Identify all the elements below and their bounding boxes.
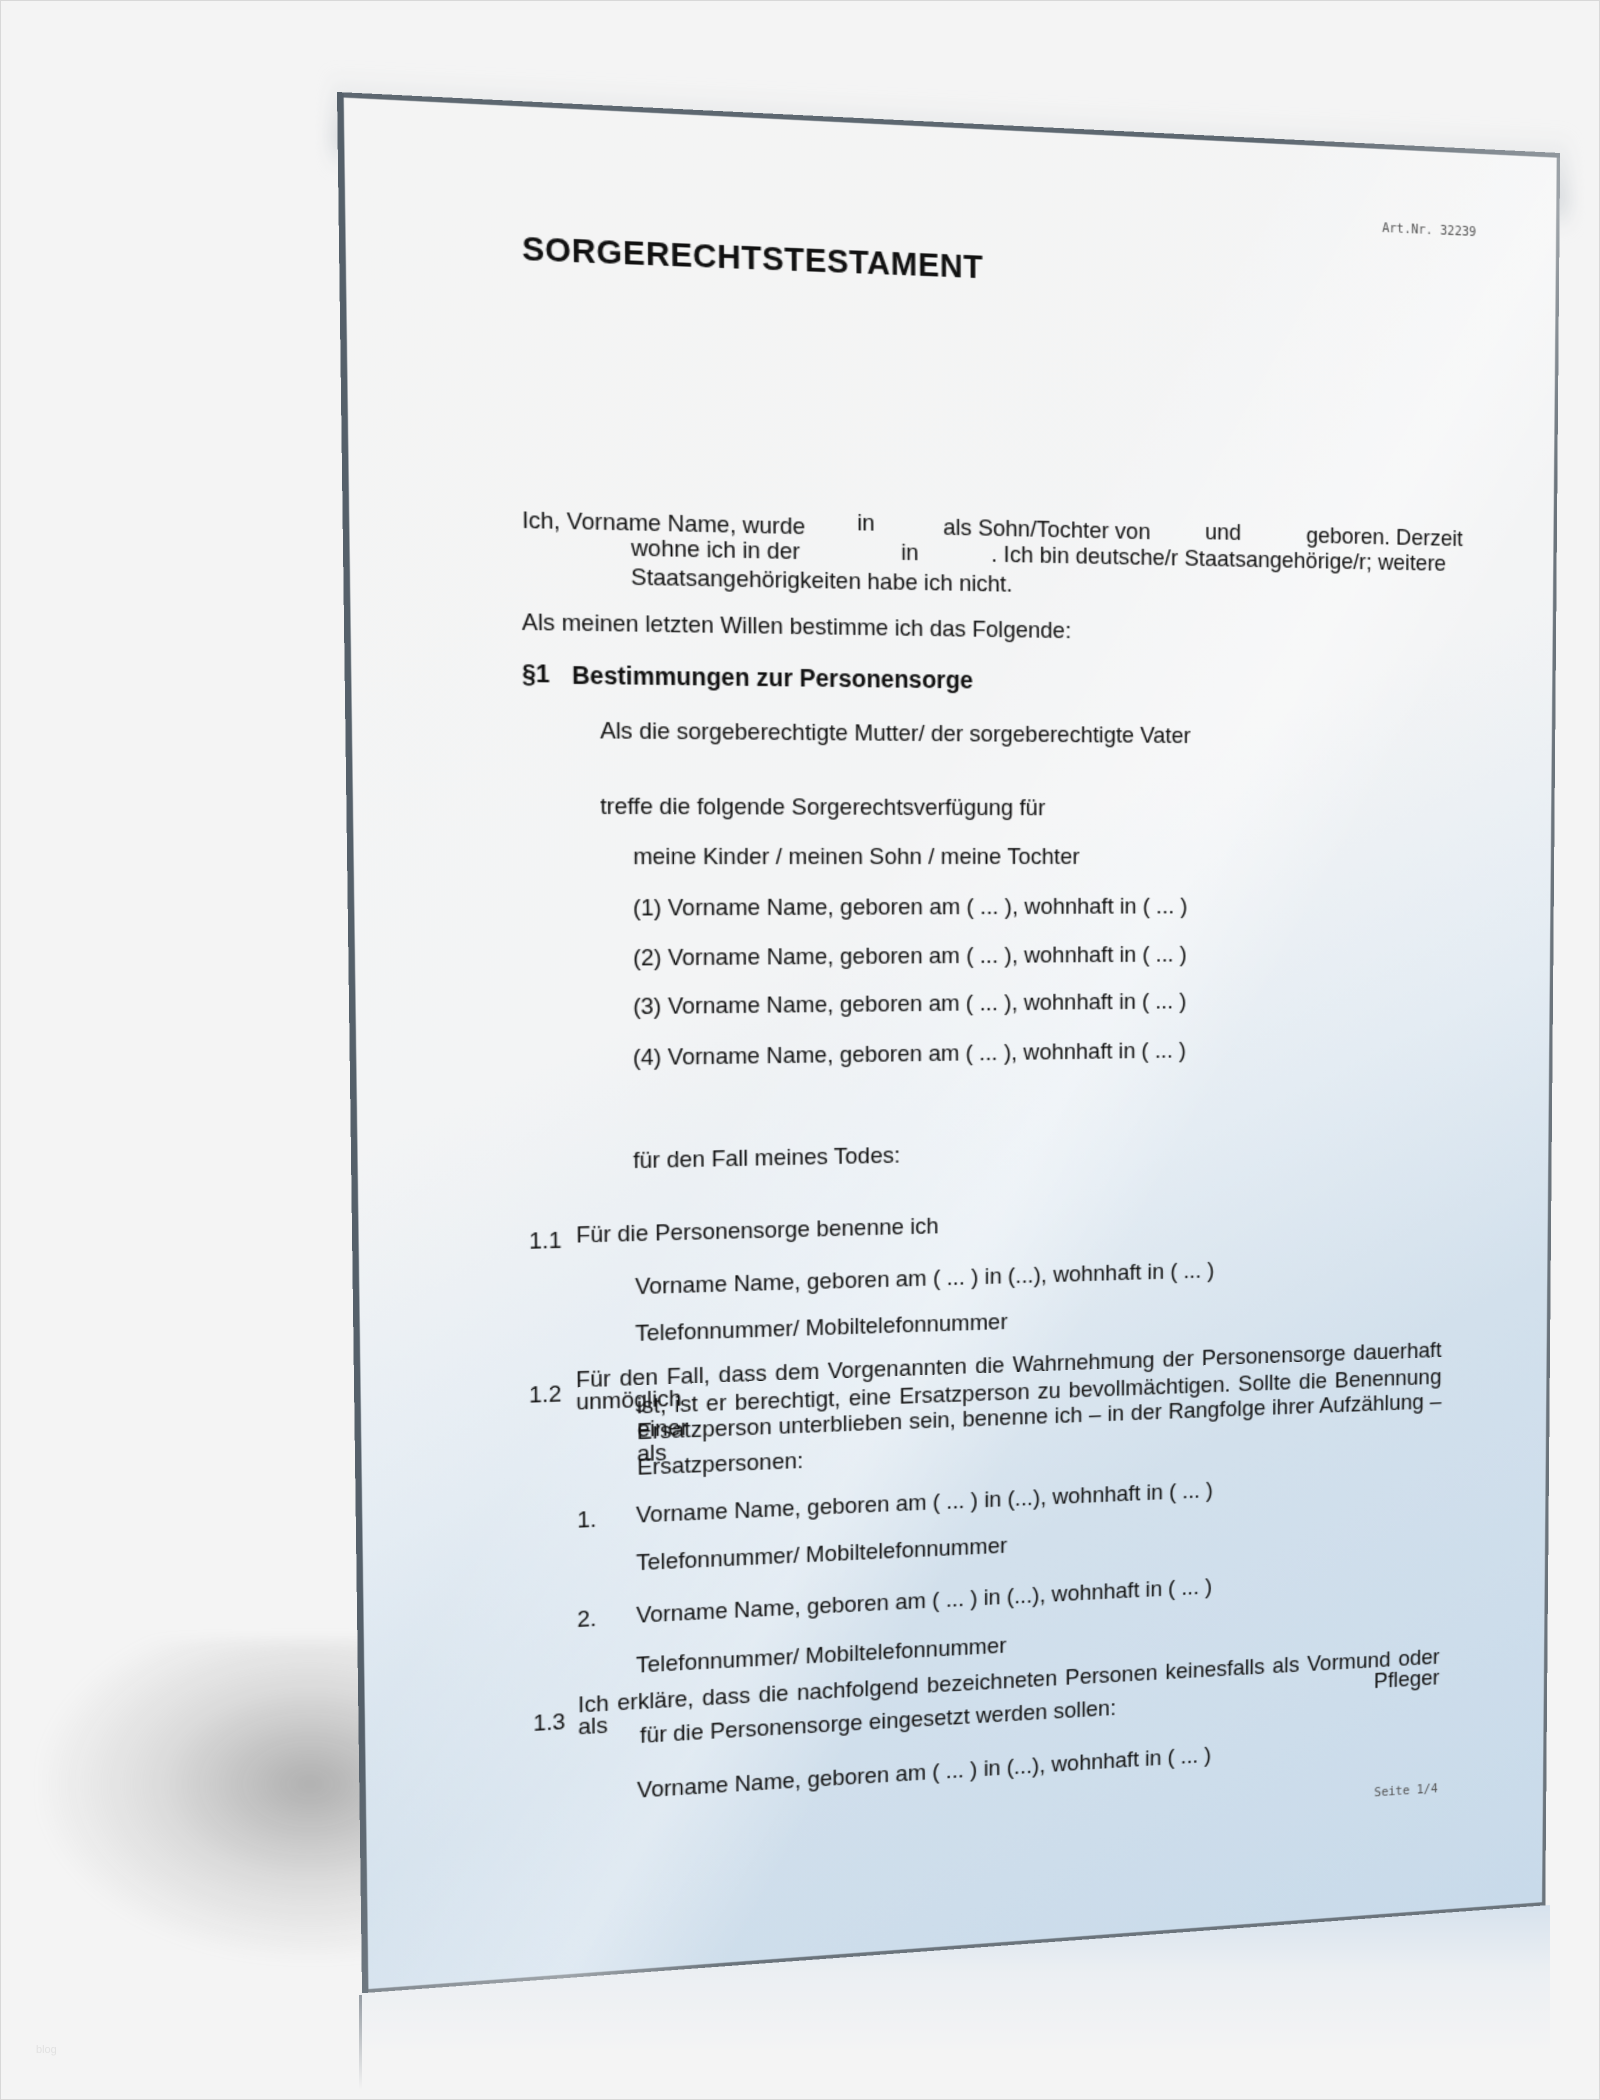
clause-1-1-number: 1.1	[529, 1229, 562, 1253]
watermark: blog	[36, 2044, 57, 2056]
substitute-phone: Telefonnummer/ Mobiltelefonnummer	[636, 1535, 1007, 1575]
clause-1-1-text: Für die Personensorge benenne ich	[576, 1215, 939, 1247]
substitute-person: Vorname Name, geboren am ( ... ) in (...…	[636, 1575, 1212, 1626]
substitute-person: Vorname Name, geboren am ( ... ) in (...…	[636, 1479, 1213, 1526]
intro-line1-part3: als Sohn/Tochter von	[943, 515, 1150, 542]
substitute-number: 1.	[577, 1508, 597, 1532]
clause-1-2-line4: Ersatzpersonen:	[637, 1450, 803, 1479]
guardian-phone: Telefonnummer/ Mobiltelefonnummer	[635, 1311, 1008, 1345]
section-heading: Bestimmungen zur Personensorge	[572, 665, 973, 694]
section-number: §1	[522, 663, 550, 688]
document-page: Art.Nr. 32239 SORGERECHTSTESTAMENT Ich, …	[337, 92, 1560, 1993]
children-label: meine Kinder / meinen Sohn / meine Tocht…	[633, 845, 1080, 868]
intro-line1-part5: geboren. Derzeit	[1306, 525, 1463, 551]
excluded-person: Vorname Name, geboren am ( ... ) in (...…	[637, 1744, 1211, 1802]
decree-line: treffe die folgende Sorgerechtsverfügung…	[600, 794, 1045, 818]
intro-line2-part2: in	[901, 540, 919, 563]
clause-1-2-number: 1.2	[529, 1382, 562, 1406]
clause-1-3-number: 1.3	[533, 1710, 566, 1734]
intro-line1-part2: in	[857, 511, 875, 534]
guardian-person: Vorname Name, geboren am ( ... ) in (...…	[635, 1259, 1214, 1298]
page-drop-shadow	[40, 1640, 400, 1960]
child-entry: (4) Vorname Name, geboren am ( ... ), wo…	[633, 1039, 1186, 1069]
page-reflection-edge	[359, 1995, 362, 2090]
intro-line1-part4: und	[1205, 521, 1241, 544]
as-parent-line: Als die sorgeberechtigte Mutter/ der sor…	[600, 719, 1191, 747]
case-of-death-line: für den Fall meines Todes:	[633, 1144, 900, 1172]
document-title: SORGERECHTSTESTAMENT	[522, 232, 984, 284]
substitute-number: 2.	[577, 1608, 597, 1632]
will-statement: Als meinen letzten Willen bestimme ich d…	[522, 611, 1071, 643]
child-entry: (2) Vorname Name, geboren am ( ... ), wo…	[633, 943, 1187, 969]
intro-line3: Staatsangehörigkeiten habe ich nicht.	[631, 565, 1013, 595]
intro-line1-part1: Ich, Vorname Name, wurde	[522, 508, 806, 538]
intro-line2-part1: wohne ich in der	[631, 536, 800, 563]
child-entry: (3) Vorname Name, geboren am ( ... ), wo…	[633, 990, 1187, 1018]
article-number: Art.Nr. 32239	[1382, 222, 1476, 239]
page-number: Seite 1/4	[1374, 1784, 1438, 1800]
child-entry: (1) Vorname Name, geboren am ( ... ), wo…	[633, 895, 1187, 920]
